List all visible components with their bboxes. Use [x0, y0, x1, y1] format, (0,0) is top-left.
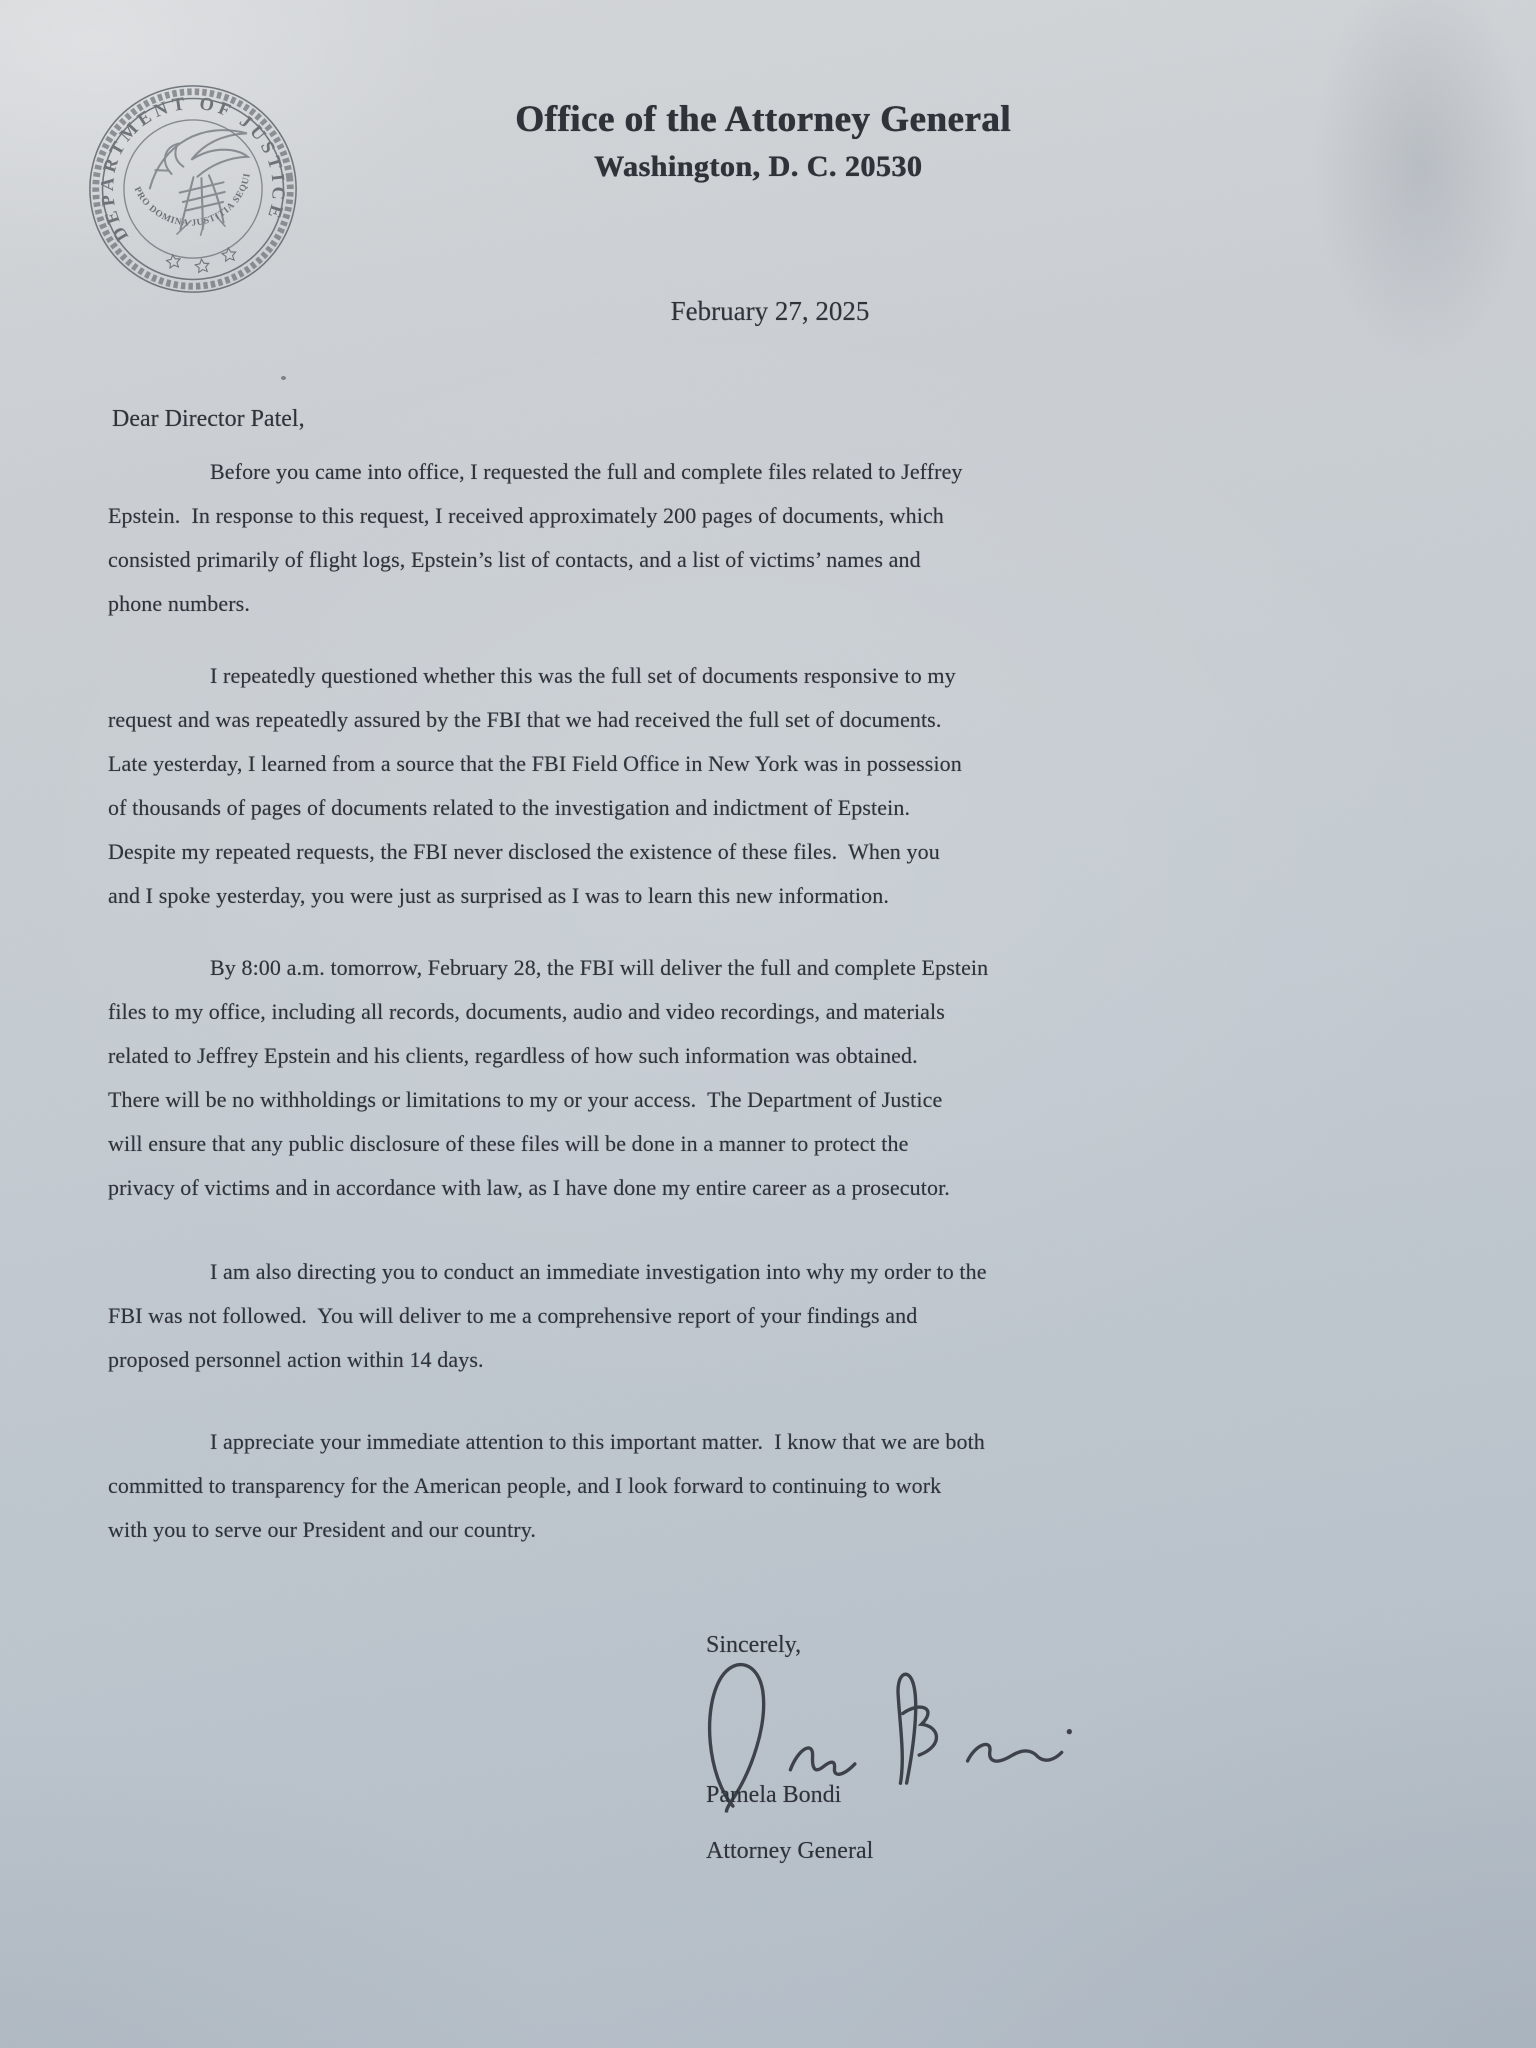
paper-speck [281, 376, 286, 380]
paragraph-3: By 8:00 a.m. tomorrow, February 28, the … [108, 946, 1228, 1210]
letterhead-address: Washington, D. C. 20530 [594, 150, 922, 184]
doj-seal-icon: DEPARTMENT OF JUSTICE QUI PRO DOMINA JUS… [74, 70, 312, 308]
paragraph-2: I repeatedly questioned whether this was… [108, 654, 1228, 918]
signer-name: Pamela Bondi [706, 1782, 841, 1809]
letter-photo: DEPARTMENT OF JUSTICE QUI PRO DOMINA JUS… [0, 0, 1536, 2048]
paragraph-4: I am also directing you to conduct an im… [108, 1250, 1228, 1382]
paragraph-1: Before you came into office, I requested… [108, 450, 1228, 626]
seal-stars [166, 247, 238, 276]
salutation: Dear Director Patel, [112, 406, 305, 433]
letterhead-office: Office of the Attorney General [515, 98, 1011, 141]
signer-title: Attorney General [706, 1838, 873, 1865]
letter-date: February 27, 2025 [671, 296, 870, 327]
paragraph-5: I appreciate your immediate attention to… [108, 1420, 1228, 1552]
